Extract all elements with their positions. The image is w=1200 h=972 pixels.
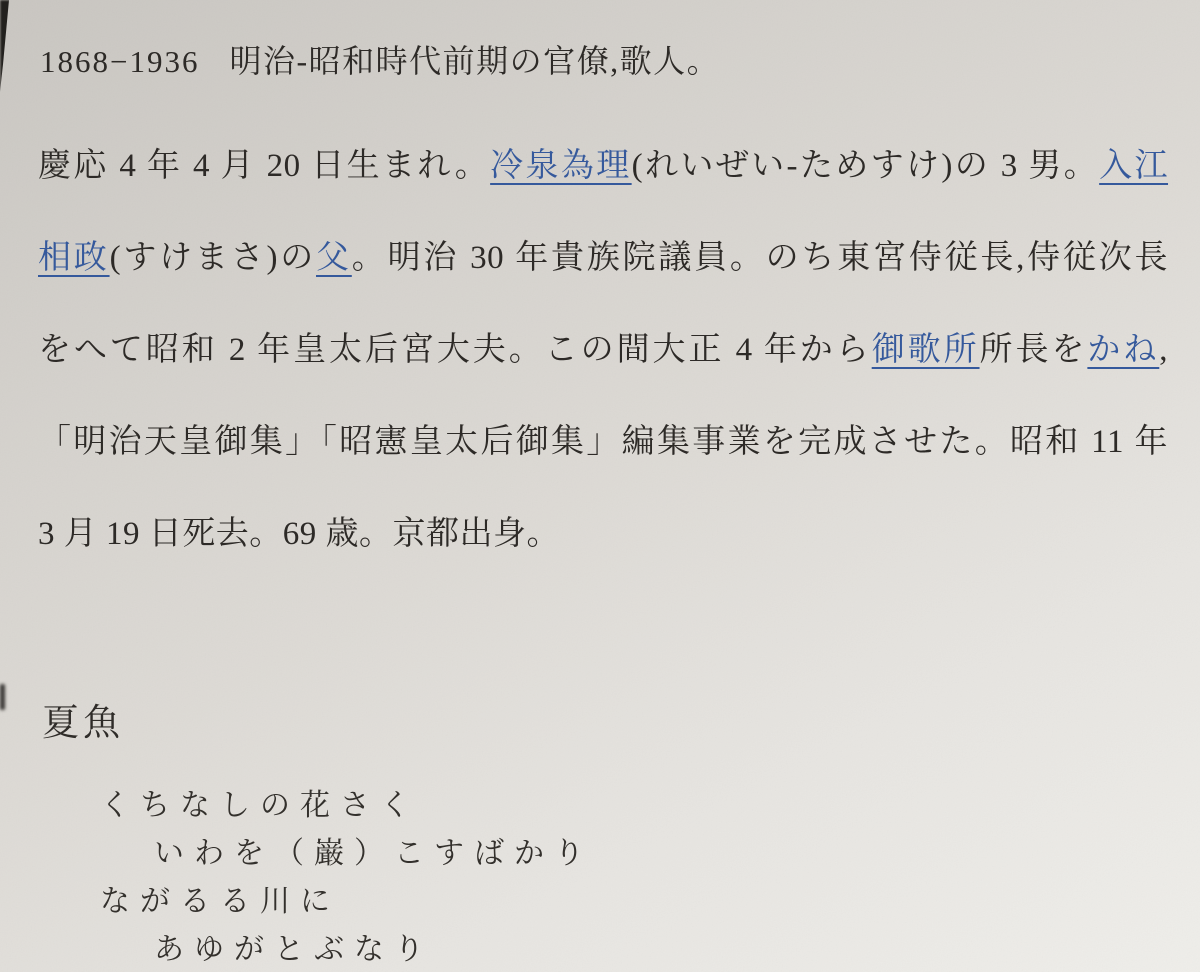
bio-header: 1868−1936 明治-昭和時代前期の官僚,歌人。: [40, 36, 720, 82]
document-page: 1868−1936 明治-昭和時代前期の官僚,歌人。 慶応 4 年 4 月 20…: [0, 0, 1200, 972]
life-years: 1868−1936: [40, 44, 199, 80]
bio-summary: 明治-昭和時代前期の官僚,歌人。: [229, 36, 720, 82]
poem-line: ながるる川に: [100, 876, 340, 920]
link-outadokoro[interactable]: 御歌所: [872, 332, 980, 368]
bio-text: (すけまさ)の: [110, 240, 316, 276]
poem-line: いわを（巌）こすばかり: [154, 828, 594, 872]
bio-text: ,: [1159, 332, 1168, 368]
poem-line: くちなしの花さく: [100, 780, 420, 824]
bio-text: をへて昭和 2 年皇太后宮大夫。この間大正 4 年から: [38, 332, 872, 368]
bio-line: 慶応 4 年 4 月 20 日生まれ。冷泉為理(れいぜい-ためすけ)の 3 男。…: [38, 146, 1168, 187]
bio-line: 相政(すけまさ)の父。明治 30 年貴族院議員。のち東宮侍従長,侍従次長: [38, 238, 1168, 279]
link-reizei-tamesuke[interactable]: 冷泉為理: [490, 148, 632, 184]
poem-line: あゆがとぶなり: [154, 924, 434, 968]
photo-edge-shadow: [0, 0, 12, 92]
bio-text: (れいぜい-ためすけ)の 3 男。: [632, 148, 1100, 184]
photo-edge-mark: [0, 684, 5, 710]
bio-text: 3 月 19 日死去。69 歳。京都出身。: [38, 516, 560, 552]
bio-line: 「明治天皇御集」「昭憲皇太后御集」編集事業を完成させた。昭和 11 年: [38, 422, 1168, 463]
link-chichi[interactable]: 父: [316, 240, 352, 276]
bio-text: 「明治天皇御集」「昭憲皇太后御集」編集事業を完成させた。昭和 11 年: [38, 424, 1168, 460]
link-kane[interactable]: かね: [1087, 332, 1159, 368]
bio-text: 所長を: [980, 332, 1088, 368]
bio-line: 3 月 19 日死去。69 歳。京都出身。: [38, 514, 1168, 555]
link-irie[interactable]: 入江: [1099, 148, 1168, 184]
bio-text: 。明治 30 年貴族院議員。のち東宮侍従長,侍従次長: [352, 240, 1168, 276]
link-irie-sukemasa[interactable]: 相政: [38, 240, 110, 276]
poem-title: 夏魚: [42, 692, 124, 746]
bio-line: をへて昭和 2 年皇太后宮大夫。この間大正 4 年から御歌所所長をかね,: [38, 330, 1168, 371]
bio-text: 慶応 4 年 4 月 20 日生まれ。: [38, 148, 490, 184]
